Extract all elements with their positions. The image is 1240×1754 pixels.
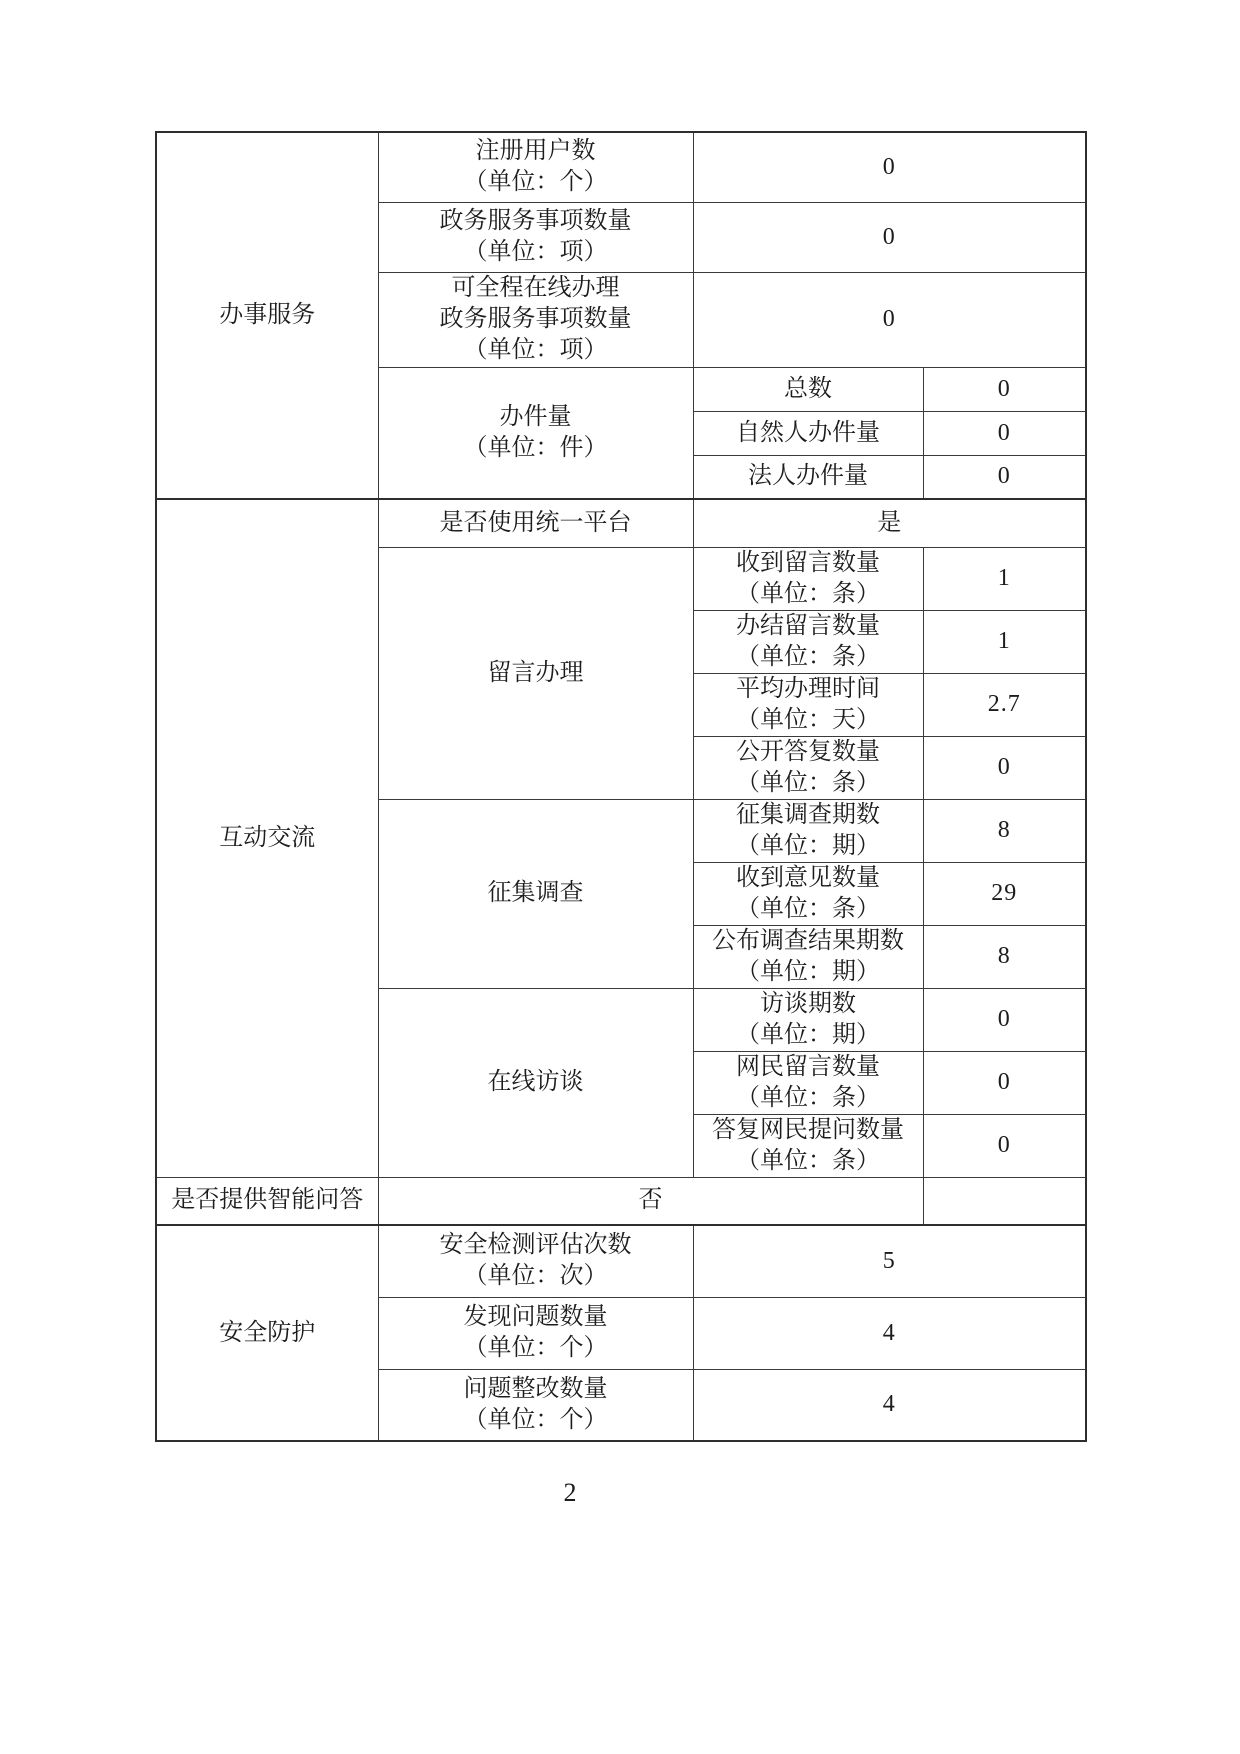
gov-report-table: 办事服务 注册用户数 （单位：个） 0 政务服务事项数量 （单位：项） 0 可全… — [155, 131, 1087, 1442]
metric-value-smart-qa: 否 — [378, 1177, 923, 1225]
sub-label-average-handling-time: 平均办理时间 （单位：天） — [693, 673, 923, 736]
metric-label-problems-found: 发现问题数量 （单位：个） — [378, 1297, 693, 1369]
metric-value-registered-users: 0 — [693, 132, 1086, 202]
sub-value-average-handling-time: 2.7 — [923, 673, 1086, 736]
page-number: 2 — [0, 1478, 1140, 1508]
sub-label-total: 总数 — [693, 367, 923, 411]
group-label-message-handling: 留言办理 — [378, 547, 693, 799]
sub-label-legal-person: 法人办件量 — [693, 455, 923, 499]
metric-value-service-items: 0 — [693, 202, 1086, 272]
sub-value-netizen-messages: 0 — [923, 1051, 1086, 1114]
sub-value-total: 0 — [923, 367, 1086, 411]
metric-value-problems-found: 4 — [693, 1297, 1086, 1369]
sub-label-public-replies: 公开答复数量 （单位：条） — [693, 736, 923, 799]
metric-label-online-service-items: 可全程在线办理 政务服务事项数量 （单位：项） — [378, 272, 693, 367]
sub-label-netizen-messages: 网民留言数量 （单位：条） — [693, 1051, 923, 1114]
sub-label-netizen-questions-answered: 答复网民提问数量 （单位：条） — [693, 1114, 923, 1177]
sub-value-interview-issues: 0 — [923, 988, 1086, 1051]
metric-label-problems-fixed: 问题整改数量 （单位：个） — [378, 1369, 693, 1441]
category-cell-security: 安全防护 — [156, 1225, 378, 1441]
sub-value-messages-resolved: 1 — [923, 610, 1086, 673]
sub-value-legal-person: 0 — [923, 455, 1086, 499]
sub-label-natural-person: 自然人办件量 — [693, 411, 923, 455]
category-cell-service: 办事服务 — [156, 132, 378, 499]
group-label-survey: 征集调查 — [378, 799, 693, 988]
sub-value-survey-results-published: 8 — [923, 925, 1086, 988]
metric-value-problems-fixed: 4 — [693, 1369, 1086, 1441]
metric-value-unified-platform: 是 — [693, 499, 1086, 547]
sub-value-netizen-questions-answered: 0 — [923, 1114, 1086, 1177]
metric-label-unified-platform: 是否使用统一平台 — [378, 499, 693, 547]
sub-value-public-replies: 0 — [923, 736, 1086, 799]
sub-value-opinions-received: 29 — [923, 862, 1086, 925]
sub-label-opinions-received: 收到意见数量 （单位：条） — [693, 862, 923, 925]
metric-value-online-service-items: 0 — [693, 272, 1086, 367]
group-label-case-volume: 办件量 （单位：件） — [378, 367, 693, 499]
category-label: 互动交流 — [159, 823, 376, 854]
metric-label-smart-qa: 是否提供智能问答 — [156, 1177, 378, 1225]
metric-value-security-assessments: 5 — [693, 1225, 1086, 1297]
sub-label-survey-results-published: 公布调查结果期数 （单位：期） — [693, 925, 923, 988]
metric-label-registered-users: 注册用户数 （单位：个） — [378, 132, 693, 202]
sub-value-survey-issues: 8 — [923, 799, 1086, 862]
category-label: 办事服务 — [159, 300, 376, 331]
sub-label-messages-received: 收到留言数量 （单位：条） — [693, 547, 923, 610]
sub-value-messages-received: 1 — [923, 547, 1086, 610]
metric-label-service-items: 政务服务事项数量 （单位：项） — [378, 202, 693, 272]
sub-label-interview-issues: 访谈期数 （单位：期） — [693, 988, 923, 1051]
document-page: 办事服务 注册用户数 （单位：个） 0 政务服务事项数量 （单位：项） 0 可全… — [0, 0, 1240, 1754]
metric-label-security-assessments: 安全检测评估次数 （单位：次） — [378, 1225, 693, 1297]
group-label-online-interview: 在线访谈 — [378, 988, 693, 1177]
sub-value-natural-person: 0 — [923, 411, 1086, 455]
sub-label-survey-issues: 征集调查期数 （单位：期） — [693, 799, 923, 862]
category-label: 安全防护 — [159, 1318, 376, 1349]
sub-label-messages-resolved: 办结留言数量 （单位：条） — [693, 610, 923, 673]
category-cell-interaction: 互动交流 — [156, 499, 378, 1177]
